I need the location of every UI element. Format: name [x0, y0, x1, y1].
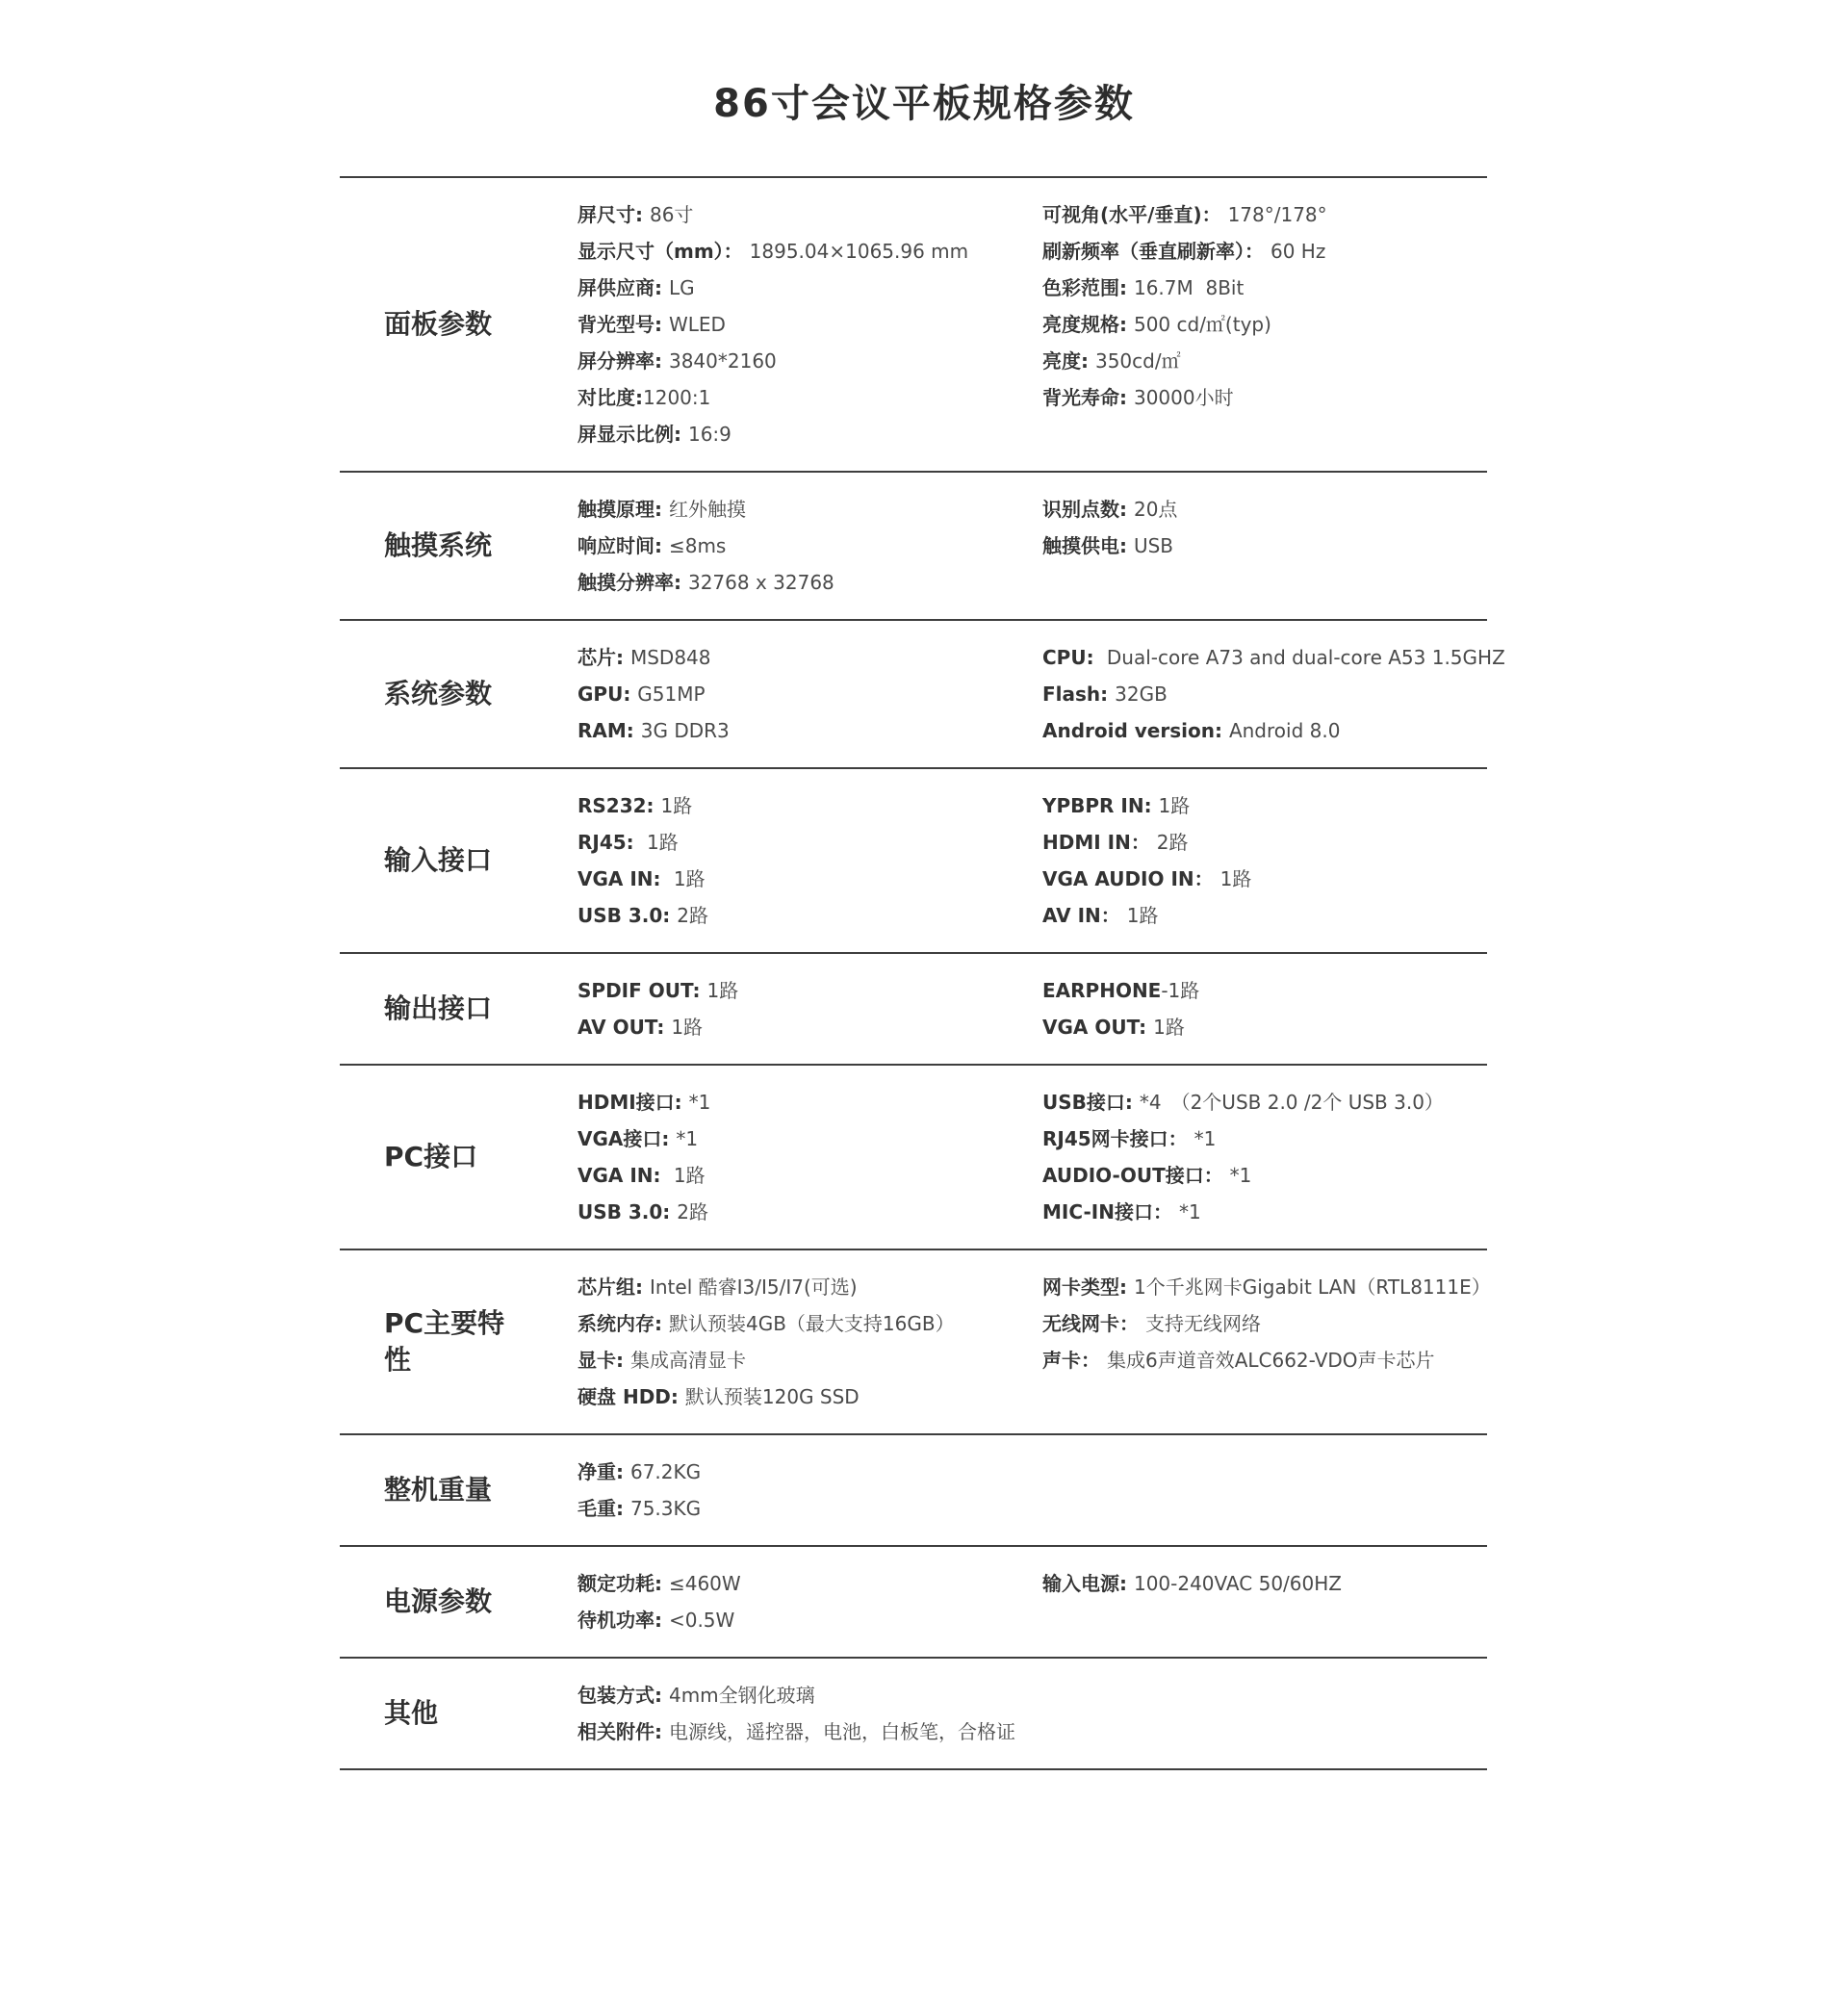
section-title-text: 其他	[384, 1695, 438, 1732]
section-body: 净重: 67.2KG毛重: 75.3KG	[577, 1454, 1487, 1527]
spec-row: 无线网卡： 支持无线网络	[1042, 1305, 1491, 1342]
spec-label: 亮度:	[1042, 349, 1095, 373]
spec-label: AV IN：	[1042, 904, 1127, 927]
spec-value: 2路	[677, 904, 708, 927]
spec-label: HDMI接口:	[577, 1091, 689, 1114]
spec-label: 硬盘 HDD:	[577, 1385, 685, 1408]
spec-value: 16.7M 8Bit	[1134, 276, 1244, 299]
spec-column-right: YPBPR IN: 1路HDMI IN： 2路VGA AUDIO IN： 1路A…	[1042, 787, 1487, 934]
spec-row: HDMI接口: *1	[577, 1084, 1042, 1120]
spec-value: <0.5W	[669, 1609, 734, 1632]
spec-value: 默认预装120G SSD	[685, 1385, 860, 1408]
spec-label: 净重:	[577, 1460, 630, 1483]
spec-column-right: CPU: Dual-core A73 and dual-core A53 1.5…	[1042, 639, 1505, 749]
spec-row: 待机功率: <0.5W	[577, 1602, 1042, 1638]
spec-label: 背光寿命:	[1042, 386, 1134, 409]
spec-value: MSD848	[630, 646, 711, 669]
spec-label: 声卡：	[1042, 1349, 1107, 1372]
spec-label: AUDIO-OUT接口：	[1042, 1164, 1230, 1187]
spec-column-right: USB接口: *4 （2个USB 2.0 /2个 USB 3.0）RJ45网卡接…	[1042, 1084, 1487, 1230]
spec-label: MIC-IN接口：	[1042, 1200, 1179, 1223]
spec-row: USB 3.0: 2路	[577, 1194, 1042, 1230]
spec-label: RAM:	[577, 719, 641, 742]
spec-value: 350cd/㎡	[1095, 349, 1181, 373]
spec-label: USB 3.0:	[577, 1200, 677, 1223]
section-title-system-params: 系统参数	[340, 676, 577, 712]
section-title-text: PC主要特性	[384, 1305, 530, 1378]
spec-value: 红外触摸	[669, 498, 746, 521]
spec-value: 1路	[667, 1164, 705, 1187]
spec-label: USB 3.0:	[577, 904, 677, 927]
spec-row: 输入电源: 100-240VAC 50/60HZ	[1042, 1565, 1487, 1602]
spec-row: 显示尺寸（mm）： 1895.04×1065.96 mm	[577, 233, 1042, 270]
spec-column-left: HDMI接口: *1VGA接口: *1VGA IN: 1路USB 3.0: 2路	[577, 1084, 1042, 1230]
spec-sheet-page: 86寸会议平板规格参数 面板参数屏尺寸: 86寸显示尺寸（mm）： 1895.0…	[0, 0, 1848, 1770]
spec-row: 响应时间: ≤8ms	[577, 528, 1042, 564]
spec-label: 色彩范围:	[1042, 276, 1134, 299]
spec-row: 色彩范围: 16.7M 8Bit	[1042, 270, 1487, 306]
spec-value: *1	[1179, 1200, 1201, 1223]
section-title-input-ports: 输入接口	[340, 842, 577, 879]
section-body: 额定功耗: ≤460W待机功率: <0.5W输入电源: 100-240VAC 5…	[577, 1565, 1487, 1638]
spec-row: 背光型号: WLED	[577, 306, 1042, 343]
page-title: 86寸会议平板规格参数	[0, 0, 1848, 128]
spec-row: 对比度:1200:1	[577, 379, 1042, 416]
spec-value: 100-240VAC 50/60HZ	[1134, 1572, 1342, 1595]
spec-row: 额定功耗: ≤460W	[577, 1565, 1042, 1602]
spec-row: 亮度: 350cd/㎡	[1042, 343, 1487, 379]
spec-row: 芯片: MSD848	[577, 639, 1042, 676]
spec-row: HDMI IN： 2路	[1042, 824, 1487, 861]
spec-column-right: 网卡类型: 1个千兆网卡Gigabit LAN（RTL8111E）无线网卡： 支…	[1042, 1269, 1491, 1378]
spec-section-weight: 整机重量净重: 67.2KG毛重: 75.3KG	[340, 1433, 1487, 1545]
spec-value: 1895.04×1065.96 mm	[750, 240, 969, 263]
spec-row: 硬盘 HDD: 默认预装120G SSD	[577, 1378, 1042, 1415]
spec-label: 显卡:	[577, 1349, 630, 1372]
spec-column-left: 触摸原理: 红外触摸响应时间: ≤8ms触摸分辨率: 32768 x 32768	[577, 491, 1042, 601]
spec-value: 86寸	[650, 203, 693, 226]
spec-row: 触摸分辨率: 32768 x 32768	[577, 564, 1042, 601]
section-body: 芯片组: Intel 酷睿I3/I5/I7(可选)系统内存: 默认预装4GB（最…	[577, 1269, 1491, 1415]
spec-row: 系统内存: 默认预装4GB（最大支持16GB）	[577, 1305, 1042, 1342]
spec-label: 包装方式:	[577, 1684, 669, 1707]
section-title-text: 电源参数	[384, 1584, 492, 1620]
spec-row: GPU: G51MP	[577, 676, 1042, 712]
spec-label: 可视角(水平/垂直)：	[1042, 203, 1228, 226]
spec-column-left: RS232: 1路RJ45: 1路VGA IN: 1路USB 3.0: 2路	[577, 787, 1042, 934]
spec-row: RJ45网卡接口： *1	[1042, 1120, 1487, 1157]
spec-value: ≤8ms	[669, 534, 726, 557]
section-body: 触摸原理: 红外触摸响应时间: ≤8ms触摸分辨率: 32768 x 32768…	[577, 491, 1487, 601]
spec-value: 1路	[1127, 904, 1159, 927]
spec-label: VGA OUT:	[1042, 1016, 1153, 1039]
spec-label: 相关附件:	[577, 1720, 669, 1743]
spec-row: VGA AUDIO IN： 1路	[1042, 861, 1487, 897]
spec-value: 20点	[1134, 498, 1177, 521]
spec-section-pc-features: PC主要特性芯片组: Intel 酷睿I3/I5/I7(可选)系统内存: 默认预…	[340, 1249, 1487, 1433]
spec-column-left: 芯片组: Intel 酷睿I3/I5/I7(可选)系统内存: 默认预装4GB（最…	[577, 1269, 1042, 1415]
section-title-text: PC接口	[384, 1139, 477, 1175]
spec-label: 系统内存:	[577, 1312, 669, 1335]
spec-label: 输入电源:	[1042, 1572, 1134, 1595]
spec-label: 额定功耗:	[577, 1572, 669, 1595]
spec-label: 待机功率:	[577, 1609, 669, 1632]
section-title-text: 整机重量	[384, 1472, 492, 1508]
spec-column-right: 输入电源: 100-240VAC 50/60HZ	[1042, 1565, 1487, 1602]
spec-label: 识别点数:	[1042, 498, 1134, 521]
spec-label: 屏显示比例:	[577, 423, 688, 446]
spec-value: *1	[1194, 1127, 1217, 1150]
spec-label: RJ45网卡接口：	[1042, 1127, 1194, 1150]
spec-row: EARPHONE-1路	[1042, 972, 1487, 1009]
spec-section-output-ports: 输出接口SPDIF OUT: 1路AV OUT: 1路EARPHONE-1路VG…	[340, 952, 1487, 1064]
section-title-output-ports: 输出接口	[340, 991, 577, 1027]
spec-value: ≤460W	[669, 1572, 741, 1595]
spec-value: USB	[1134, 534, 1173, 557]
spec-label: VGA IN:	[577, 1164, 667, 1187]
spec-value: 默认预装4GB（最大支持16GB）	[669, 1312, 955, 1335]
spec-section-panel-params: 面板参数屏尺寸: 86寸显示尺寸（mm）： 1895.04×1065.96 mm…	[340, 176, 1487, 471]
spec-column-right: 可视角(水平/垂直)： 178°/178°刷新频率（垂直刷新率）： 60 Hz色…	[1042, 196, 1487, 416]
spec-label: SPDIF OUT:	[577, 979, 706, 1002]
spec-label: CPU:	[1042, 646, 1101, 669]
spec-label: 屏分辨率:	[577, 349, 669, 373]
spec-label: RS232:	[577, 794, 661, 817]
spec-label: AV OUT:	[577, 1016, 671, 1039]
spec-row: 网卡类型: 1个千兆网卡Gigabit LAN（RTL8111E）	[1042, 1269, 1491, 1305]
spec-label: RJ45:	[577, 831, 641, 854]
spec-value: 1路	[641, 831, 679, 854]
spec-label: VGA IN:	[577, 867, 667, 890]
spec-value: *1	[689, 1091, 711, 1114]
spec-value: 3G DDR3	[641, 719, 730, 742]
spec-value: 4mm全钢化玻璃	[669, 1684, 815, 1707]
spec-value: LG	[669, 276, 695, 299]
spec-label: EARPHONE	[1042, 979, 1161, 1002]
spec-column-left: 净重: 67.2KG毛重: 75.3KG	[577, 1454, 1042, 1527]
spec-row: CPU: Dual-core A73 and dual-core A53 1.5…	[1042, 639, 1505, 676]
spec-row: 屏分辨率: 3840*2160	[577, 343, 1042, 379]
spec-row: USB 3.0: 2路	[577, 897, 1042, 934]
spec-label: GPU:	[577, 683, 637, 706]
spec-column-left: 包装方式: 4mm全钢化玻璃相关附件: 电源线，遥控器，电池，白板笔，合格证	[577, 1677, 1042, 1750]
spec-label: 芯片:	[577, 646, 630, 669]
spec-section-pc-ports: PC接口HDMI接口: *1VGA接口: *1VGA IN: 1路USB 3.0…	[340, 1064, 1487, 1249]
spec-column-left: 屏尺寸: 86寸显示尺寸（mm）： 1895.04×1065.96 mm屏供应商…	[577, 196, 1042, 452]
section-body: 芯片: MSD848GPU: G51MPRAM: 3G DDR3CPU: Dua…	[577, 639, 1505, 749]
spec-label: 触摸分辨率:	[577, 571, 688, 594]
spec-row: 屏供应商: LG	[577, 270, 1042, 306]
spec-label: 响应时间:	[577, 534, 669, 557]
section-body: HDMI接口: *1VGA接口: *1VGA IN: 1路USB 3.0: 2路…	[577, 1084, 1487, 1230]
spec-row: RJ45: 1路	[577, 824, 1042, 861]
spec-row: 净重: 67.2KG	[577, 1454, 1042, 1490]
spec-row: 可视角(水平/垂直)： 178°/178°	[1042, 196, 1487, 233]
spec-value: 3840*2160	[669, 349, 777, 373]
spec-label: USB接口:	[1042, 1091, 1140, 1114]
spec-table: 面板参数屏尺寸: 86寸显示尺寸（mm）： 1895.04×1065.96 mm…	[340, 176, 1487, 1770]
spec-row: MIC-IN接口： *1	[1042, 1194, 1487, 1230]
spec-label: 触摸供电:	[1042, 534, 1134, 557]
spec-value: 1路	[706, 979, 738, 1002]
spec-label: 无线网卡：	[1042, 1312, 1145, 1335]
spec-value: 集成高清显卡	[630, 1349, 746, 1372]
spec-row: 亮度规格: 500 cd/㎡(typ)	[1042, 306, 1487, 343]
section-title-text: 输出接口	[384, 991, 492, 1027]
spec-column-left: 额定功耗: ≤460W待机功率: <0.5W	[577, 1565, 1042, 1638]
spec-label: 刷新频率（垂直刷新率）：	[1042, 240, 1270, 263]
spec-label: YPBPR IN:	[1042, 794, 1159, 817]
spec-label: VGA接口:	[577, 1127, 676, 1150]
spec-value: *1	[1230, 1164, 1252, 1187]
spec-row: 背光寿命: 30000小时	[1042, 379, 1487, 416]
section-body: RS232: 1路RJ45: 1路VGA IN: 1路USB 3.0: 2路YP…	[577, 787, 1487, 934]
section-title-other: 其他	[340, 1695, 577, 1732]
spec-value: 1路	[1220, 867, 1252, 890]
spec-value: 1路	[661, 794, 693, 817]
spec-value: 1个千兆网卡Gigabit LAN（RTL8111E）	[1134, 1275, 1491, 1299]
section-title-text: 面板参数	[384, 306, 492, 343]
section-title-weight: 整机重量	[340, 1472, 577, 1508]
spec-row: VGA IN: 1路	[577, 1157, 1042, 1194]
spec-label: 亮度规格:	[1042, 313, 1134, 336]
section-title-touch-system: 触摸系统	[340, 528, 577, 564]
section-title-text: 系统参数	[384, 676, 492, 712]
spec-label: 触摸原理:	[577, 498, 669, 521]
spec-value: 30000小时	[1134, 386, 1234, 409]
spec-value: Intel 酷睿I3/I5/I7(可选)	[650, 1275, 858, 1299]
spec-row: 芯片组: Intel 酷睿I3/I5/I7(可选)	[577, 1269, 1042, 1305]
spec-row: RS232: 1路	[577, 787, 1042, 824]
spec-value: G51MP	[637, 683, 705, 706]
spec-row: 声卡： 集成6声道音效ALC662-VDO声卡芯片	[1042, 1342, 1491, 1378]
section-title-panel-params: 面板参数	[340, 306, 577, 343]
spec-value: 67.2KG	[630, 1460, 701, 1483]
spec-row: Android version: Android 8.0	[1042, 712, 1505, 749]
spec-row: SPDIF OUT: 1路	[577, 972, 1042, 1009]
spec-row: Flash: 32GB	[1042, 676, 1505, 712]
section-title-text: 输入接口	[384, 842, 492, 879]
spec-label: HDMI IN：	[1042, 831, 1157, 854]
spec-row: 包装方式: 4mm全钢化玻璃	[577, 1677, 1042, 1713]
spec-row: 显卡: 集成高清显卡	[577, 1342, 1042, 1378]
section-body: SPDIF OUT: 1路AV OUT: 1路EARPHONE-1路VGA OU…	[577, 972, 1487, 1045]
spec-section-other: 其他包装方式: 4mm全钢化玻璃相关附件: 电源线，遥控器，电池，白板笔，合格证	[340, 1657, 1487, 1768]
section-title-pc-features: PC主要特性	[340, 1305, 577, 1378]
spec-label: VGA AUDIO IN：	[1042, 867, 1220, 890]
spec-section-touch-system: 触摸系统触摸原理: 红外触摸响应时间: ≤8ms触摸分辨率: 32768 x 3…	[340, 471, 1487, 619]
spec-label: 毛重:	[577, 1497, 630, 1520]
spec-row: 屏尺寸: 86寸	[577, 196, 1042, 233]
spec-value: 60 Hz	[1270, 240, 1325, 263]
section-body: 屏尺寸: 86寸显示尺寸（mm）： 1895.04×1065.96 mm屏供应商…	[577, 196, 1487, 452]
section-title-text: 触摸系统	[384, 528, 492, 564]
spec-label: 网卡类型:	[1042, 1275, 1134, 1299]
spec-value: 支持无线网络	[1145, 1312, 1261, 1335]
spec-value: Android 8.0	[1229, 719, 1341, 742]
spec-row: 屏显示比例: 16:9	[577, 416, 1042, 452]
spec-value: 2路	[1157, 831, 1189, 854]
spec-value: 178°/178°	[1228, 203, 1327, 226]
spec-label: 显示尺寸（mm）：	[577, 240, 750, 263]
spec-column-right: 识别点数: 20点触摸供电: USB	[1042, 491, 1487, 564]
spec-row: 毛重: 75.3KG	[577, 1490, 1042, 1527]
spec-column-left: 芯片: MSD848GPU: G51MPRAM: 3G DDR3	[577, 639, 1042, 749]
spec-section-power-params: 电源参数额定功耗: ≤460W待机功率: <0.5W输入电源: 100-240V…	[340, 1545, 1487, 1657]
spec-value: 集成6声道音效ALC662-VDO声卡芯片	[1107, 1349, 1435, 1372]
spec-row: AV OUT: 1路	[577, 1009, 1042, 1045]
spec-value: 电源线，遥控器，电池，白板笔，合格证	[669, 1720, 1015, 1743]
spec-value: -1路	[1161, 979, 1199, 1002]
spec-row: VGA IN: 1路	[577, 861, 1042, 897]
spec-value: 32768 x 32768	[688, 571, 834, 594]
spec-value: 500 cd/㎡(typ)	[1134, 313, 1271, 336]
spec-row: RAM: 3G DDR3	[577, 712, 1042, 749]
spec-label: 屏尺寸:	[577, 203, 650, 226]
section-title-power-params: 电源参数	[340, 1584, 577, 1620]
spec-column-left: SPDIF OUT: 1路AV OUT: 1路	[577, 972, 1042, 1045]
spec-value: *4 （2个USB 2.0 /2个 USB 3.0）	[1140, 1091, 1444, 1114]
spec-value: WLED	[669, 313, 726, 336]
spec-section-system-params: 系统参数芯片: MSD848GPU: G51MPRAM: 3G DDR3CPU:…	[340, 619, 1487, 767]
spec-row: 触摸原理: 红外触摸	[577, 491, 1042, 528]
spec-row: 识别点数: 20点	[1042, 491, 1487, 528]
section-title-pc-ports: PC接口	[340, 1139, 577, 1175]
spec-value: 32GB	[1115, 683, 1168, 706]
spec-label: 对比度:	[577, 386, 643, 409]
spec-row: AUDIO-OUT接口： *1	[1042, 1157, 1487, 1194]
spec-label: 背光型号:	[577, 313, 669, 336]
spec-row: AV IN： 1路	[1042, 897, 1487, 934]
spec-row: 相关附件: 电源线，遥控器，电池，白板笔，合格证	[577, 1713, 1042, 1750]
spec-label: 屏供应商:	[577, 276, 669, 299]
spec-value: 2路	[677, 1200, 708, 1223]
section-body: 包装方式: 4mm全钢化玻璃相关附件: 电源线，遥控器，电池，白板笔，合格证	[577, 1677, 1487, 1750]
spec-value: *1	[676, 1127, 698, 1150]
spec-section-input-ports: 输入接口RS232: 1路RJ45: 1路VGA IN: 1路USB 3.0: …	[340, 767, 1487, 952]
spec-value: 1路	[1159, 794, 1191, 817]
spec-value: 1路	[667, 867, 705, 890]
spec-row: YPBPR IN: 1路	[1042, 787, 1487, 824]
spec-row: 触摸供电: USB	[1042, 528, 1487, 564]
spec-row: USB接口: *4 （2个USB 2.0 /2个 USB 3.0）	[1042, 1084, 1487, 1120]
spec-value: Dual-core A73 and dual-core A53 1.5GHZ	[1101, 646, 1505, 669]
spec-value: 1路	[671, 1016, 703, 1039]
spec-label: Flash:	[1042, 683, 1115, 706]
spec-row: 刷新频率（垂直刷新率）： 60 Hz	[1042, 233, 1487, 270]
spec-value: 1200:1	[643, 386, 710, 409]
spec-label: Android version:	[1042, 719, 1229, 742]
spec-value: 75.3KG	[630, 1497, 701, 1520]
spec-label: 芯片组:	[577, 1275, 650, 1299]
spec-value: 16:9	[688, 423, 731, 446]
spec-row: VGA OUT: 1路	[1042, 1009, 1487, 1045]
spec-row: VGA接口: *1	[577, 1120, 1042, 1157]
spec-value: 1路	[1153, 1016, 1185, 1039]
spec-column-right: EARPHONE-1路VGA OUT: 1路	[1042, 972, 1487, 1045]
